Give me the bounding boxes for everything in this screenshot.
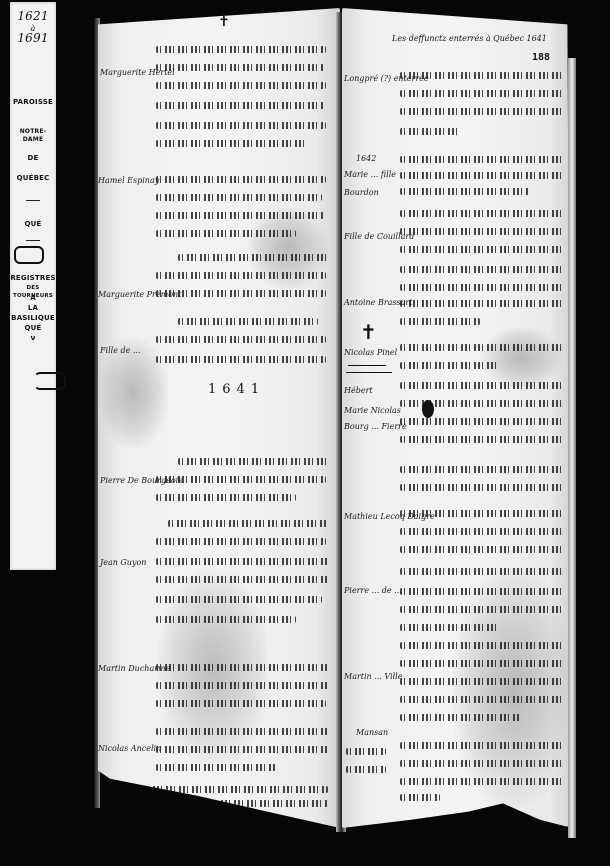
handwritten-line [156,138,306,148]
handwritten-line [400,544,564,554]
margin-note: Nicolas Ancelin [98,744,161,753]
label-register-line: À [10,294,56,302]
handwritten-line [156,698,326,708]
margin-note: Fille de ... [100,346,141,355]
label-register-line: LA [10,304,56,312]
handwritten-line [400,508,564,518]
handwritten-line [400,676,564,686]
margin-note: Bourdon [344,188,379,197]
handwritten-line [400,380,564,390]
handwritten-line [156,80,326,90]
handwritten-line [156,492,296,502]
handwritten-line [400,126,460,136]
margin-note: Marie ... fille [344,170,396,179]
handwritten-line [156,288,326,298]
handwritten-line [118,784,328,794]
margin-note: Jean Guyon [100,558,146,567]
label-register-line: ν [10,334,56,342]
handwritten-line [400,264,564,274]
margin-note: Marie Nicolas [344,406,401,415]
handwritten-line [156,270,326,280]
cross-mark-icon: ✝ [218,14,230,30]
handwritten-line [400,740,564,750]
handwritten-line [400,360,500,370]
handwritten-line [156,574,328,584]
handwritten-line [156,680,328,690]
signature-scribble [346,764,386,774]
handwritten-line [156,474,326,484]
handwritten-line [178,456,328,466]
handwritten-line [400,792,440,802]
handwritten-line [178,316,318,326]
handwritten-line [156,762,276,772]
handwritten-line [156,228,296,238]
handwritten-line [156,210,324,220]
handwritten-line [400,434,564,444]
label-register-line: REGISTRES [10,274,56,282]
handwritten-line [156,614,296,624]
handwritten-line [400,298,564,308]
margin-note: Bourg ... Fierre [344,422,407,431]
handwritten-line [400,758,564,768]
label-register-line: BASILIQUE [10,314,56,322]
handwritten-line [400,106,564,116]
margin-note: Hébert [344,386,373,395]
underline [348,365,386,366]
label-line: DE [10,154,56,162]
microfilm-scan: 1621 à 1691 PAROISSE NOTRE-DAME DE QUÉBE… [0,0,610,866]
handwritten-line [156,354,326,364]
handwritten-line [156,334,326,344]
handwritten-line [156,594,322,604]
margin-note: Mansan [356,728,388,737]
open-register-book: ✝ Marguerite Hertel Hamel Espinay Margue… [98,8,580,838]
label-line: QUÉ [10,220,56,228]
handwritten-line [400,604,564,614]
margin-note: Martin ... Ville [344,672,402,681]
page-header: Les deffunctz enterrés à Québec 1641 [392,34,547,43]
handwritten-line [168,518,328,528]
book-right-edge [568,58,576,838]
water-stain [482,328,562,388]
label-divider [26,200,40,201]
right-page: Les deffunctz enterrés à Québec 1641 188… [342,8,572,828]
page-number: 188 [532,52,550,63]
handwritten-line [400,464,564,474]
handwritten-line [156,44,326,54]
handwritten-line [400,342,564,352]
handwritten-line [400,526,564,536]
handwritten-line [400,226,564,236]
handwritten-line [400,712,520,722]
cross-mark-icon: ✝ [360,320,377,344]
handwritten-line [156,62,324,72]
margin-note: Hamel Espinay [98,176,159,185]
handwritten-line [156,556,328,566]
handwritten-line [400,154,564,164]
handwritten-line [400,482,564,492]
handwritten-line [400,586,564,596]
label-line: NOTRE-DAME [10,128,56,144]
handwritten-line [156,100,324,110]
handwritten-line [400,186,530,196]
handwritten-line [400,244,564,254]
paper-clip-icon [34,372,66,390]
handwritten-line [400,776,564,786]
year-heading: 1641 [208,382,265,397]
handwritten-line [400,658,564,668]
handwritten-line [400,88,564,98]
label-register-line: QUÉ [10,324,56,332]
label-year-end: 1691 [10,32,56,45]
handwritten-line [400,316,480,326]
handwritten-line [156,536,326,546]
margin-note: 1642 [356,154,376,163]
label-line: QUÉBEC [10,174,56,182]
handwritten-line [400,170,564,180]
label-divider [26,240,40,241]
handwritten-line [178,252,328,262]
handwritten-line [400,622,500,632]
handwritten-line [400,282,564,292]
handwritten-line [400,70,564,80]
margin-note: Pierre ... de ... [344,586,402,595]
label-line: PAROISSE [10,98,56,106]
left-page: ✝ Marguerite Hertel Hamel Espinay Margue… [98,8,340,828]
signature-scribble [346,746,386,756]
handwritten-line [400,694,564,704]
handwritten-line [156,174,326,184]
handwritten-line [156,192,322,202]
handwritten-line [400,566,564,576]
paper-clip-icon [14,246,44,264]
margin-note: Nicolas Pinel [344,348,397,357]
label-strip: 1621 à 1691 PAROISSE NOTRE-DAME DE QUÉBE… [10,2,56,570]
handwritten-line [108,798,328,808]
handwritten-line [400,416,564,426]
handwritten-line [156,744,328,754]
handwritten-line [400,640,564,650]
handwritten-line [400,208,564,218]
underline [346,372,392,373]
handwritten-line [156,120,326,130]
handwritten-line [156,726,328,736]
handwritten-line [156,662,328,672]
